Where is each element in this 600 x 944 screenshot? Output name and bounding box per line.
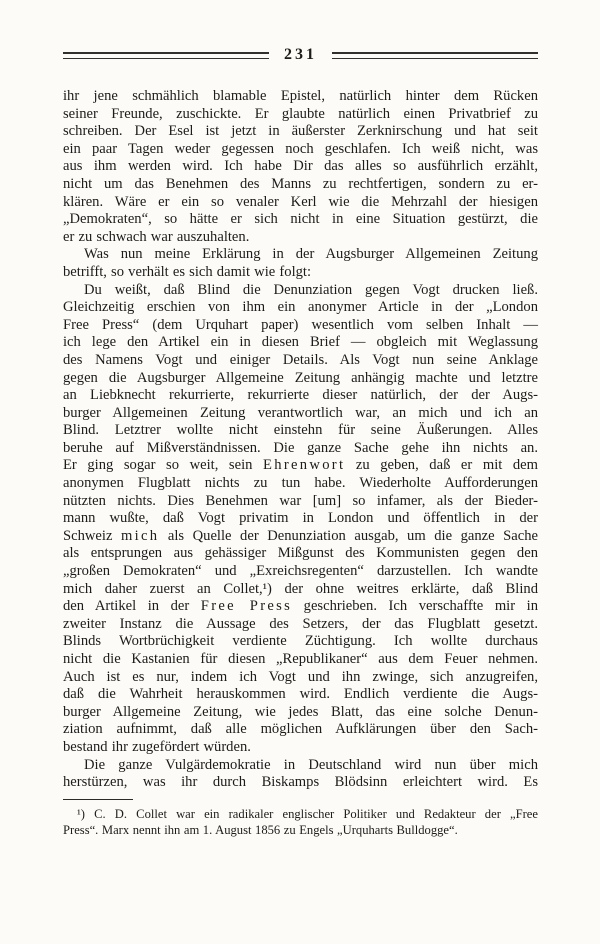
text-line: Was nun meine Erklärung in der Augsburge… xyxy=(63,246,538,264)
text-line: „Demokraten“, so hätte er sich nicht in … xyxy=(63,211,538,229)
text-line: ich lege den Artikel ein in diesen Brief… xyxy=(63,334,538,352)
text-line: schreiben. Der Esel ist jetzt in äußerst… xyxy=(63,123,538,141)
text-line: betrifft, so verhält es sich damit wie f… xyxy=(63,264,538,282)
text-line: daß die Wahrheit herauskommen wird. Endl… xyxy=(63,686,538,704)
book-page: 231 ihr jene schmählich blamable Epistel… xyxy=(0,0,600,944)
text-line: gegen die Augsburger Allgemeine Zeitung … xyxy=(63,370,538,388)
text-line: Schweiz mich als Quelle der Denunziation… xyxy=(63,528,538,546)
paragraph: Du weißt, daß Blind die Denunziation geg… xyxy=(63,282,538,757)
text-line: bestand ihr zugefördert würden. xyxy=(63,739,538,757)
text-line: an Liebknecht rekurrierte, rekurrierte d… xyxy=(63,387,538,405)
text-line: seiner Freunde, zuschickte. Er glaubte n… xyxy=(63,106,538,124)
text-line: ¹) C. D. Collet war ein radikaler englis… xyxy=(63,806,538,822)
text-line: Blinds Wortbrüchigkeit verdiente Züchtig… xyxy=(63,633,538,651)
text-line: mann wußte, daß Vogt privatim in London … xyxy=(63,510,538,528)
text-line: Free Press“ (dem Urquhart paper) wesentl… xyxy=(63,317,538,335)
text-line: des Namens Vogt und einiger Details. Als… xyxy=(63,352,538,370)
text-line: nicht die Kastanien für diesen „Republik… xyxy=(63,651,538,669)
text-line: ein paar Tagen weder gegessen noch gesch… xyxy=(63,141,538,159)
text-line: nicht um das Benehmen des Manns zu recht… xyxy=(63,176,538,194)
text-line: beruhe auf Mißverständnissen. Die ganze … xyxy=(63,440,538,458)
header-rule-right xyxy=(332,52,538,59)
letterspaced-word: mich xyxy=(121,528,159,544)
text-line: Auch ist es nur, indem ich Vogt und ihn … xyxy=(63,669,538,687)
letterspaced-word: Ehrenwort xyxy=(263,457,345,473)
paragraph: Die ganze Vulgärdemokratie in Deutschlan… xyxy=(63,757,538,792)
text-line: herstürzen, was ihr durch Biskamps Blöds… xyxy=(63,774,538,792)
text-line: anonymen Flugblatt nichts zu tun habe. W… xyxy=(63,475,538,493)
text-line: Er ging sogar so weit, sein Ehrenwort zu… xyxy=(63,457,538,475)
text-line: klären. Wäre er ein so venaler Kerl wie … xyxy=(63,194,538,212)
text-line: als entsprungen aus gehässiger Mißgunst … xyxy=(63,545,538,563)
paragraph: Was nun meine Erklärung in der Augsburge… xyxy=(63,246,538,281)
text-line: Gleichzeitig erschien von ihm ein anonym… xyxy=(63,299,538,317)
text-line: burger Allgemeine Zeitung, wie jedes Bla… xyxy=(63,704,538,722)
header-rule-left xyxy=(63,52,269,59)
letterspaced-word: Free Press xyxy=(201,598,292,614)
text-line: zweiter Instanz die Aussage des Setzers,… xyxy=(63,616,538,634)
body-text: ihr jene schmählich blamable Epistel, na… xyxy=(63,88,538,792)
text-line: nützten nichts. Dies Benehmen war [um] s… xyxy=(63,493,538,511)
text-line: „großen Demokraten“ und „Exreichsregente… xyxy=(63,563,538,581)
page-number: 231 xyxy=(282,46,319,64)
text-line: den Artikel in der Free Press geschriebe… xyxy=(63,598,538,616)
page-header: 231 xyxy=(63,46,538,64)
text-line: ziation aufnimmt, daß alle möglichen Auf… xyxy=(63,721,538,739)
footnote: ¹) C. D. Collet war ein radikaler englis… xyxy=(63,806,538,839)
footnote-separator xyxy=(63,799,133,800)
text-line: Die ganze Vulgärdemokratie in Deutschlan… xyxy=(63,757,538,775)
text-line: Blind. Letztrer wollte nicht einstehn fü… xyxy=(63,422,538,440)
text-line: ihr jene schmählich blamable Epistel, na… xyxy=(63,88,538,106)
text-line: burger Allgemeinen Zeitung verantwortlic… xyxy=(63,405,538,423)
text-line: aus ihm werden wird. Ich habe Dir das al… xyxy=(63,158,538,176)
paragraph: ihr jene schmählich blamable Epistel, na… xyxy=(63,88,538,246)
text-line: er zu schwach war auszuhalten. xyxy=(63,229,538,247)
text-line: mich daher zuerst an Collet,¹) der ohne … xyxy=(63,581,538,599)
text-line: Du weißt, daß Blind die Denunziation geg… xyxy=(63,282,538,300)
text-line: Press“. Marx nennt ihn am 1. August 1856… xyxy=(63,822,538,838)
